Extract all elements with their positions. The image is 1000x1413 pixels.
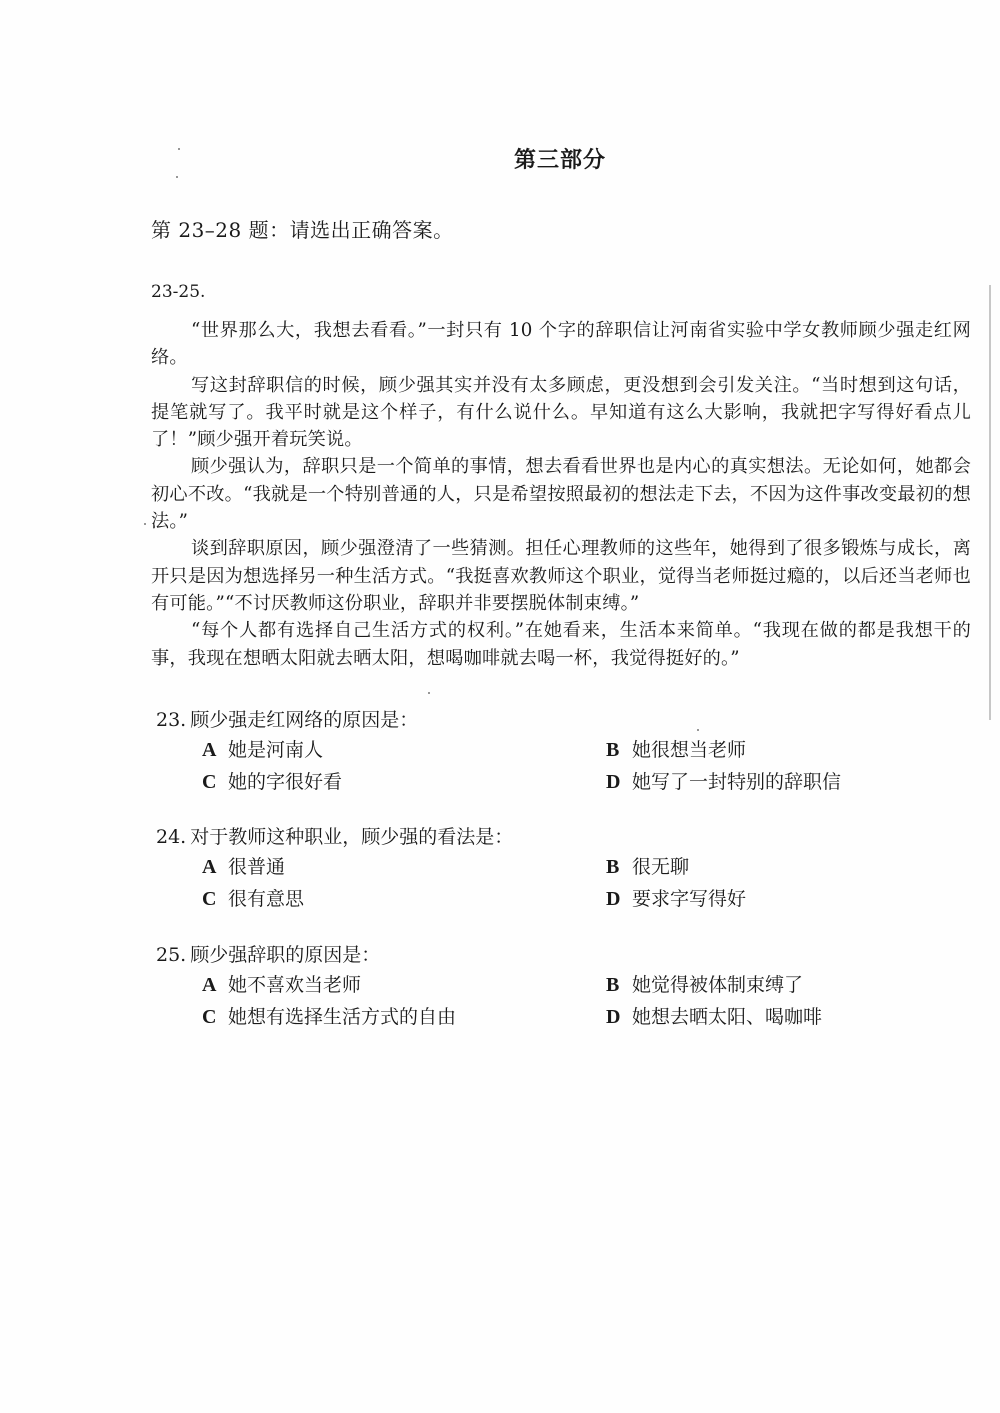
option-d[interactable]: D她想去晒太阳、喝咖啡 [606,1002,966,1032]
option-letter: C [202,767,228,797]
passage-label: 23-25. [151,282,205,302]
option-b[interactable]: B她很想当老师 [606,735,966,765]
question-text: 顾少强辞职的原因是： [190,944,380,966]
option-text: 她很想当老师 [632,739,746,761]
question-24: 24.对于教师这种职业，顾少强的看法是： A很普通 B很无聊 C很有意思 D要求… [156,822,916,914]
question-text: 顾少强走红网络的原因是： [190,709,418,731]
option-text: 很普通 [228,856,285,878]
option-text: 很有意思 [228,888,304,910]
question-stem: 25.顾少强辞职的原因是： [156,940,916,970]
answer-options: A很普通 B很无聊 C很有意思 D要求字写得好 [202,852,916,914]
option-letter: D [606,1002,632,1032]
option-text: 她觉得被体制束缚了 [632,974,803,996]
option-text: 她不喜欢当老师 [228,974,361,996]
option-a[interactable]: A很普通 [202,852,606,882]
option-letter: B [606,852,632,882]
scan-speck [176,176,178,178]
option-text: 很无聊 [632,856,689,878]
instruction-text: 第 23–28 题：请选出正确答案。 [151,214,454,243]
option-text: 她想去晒太阳、喝咖啡 [632,1006,822,1028]
option-letter: A [202,852,228,882]
question-23: 23.顾少强走红网络的原因是： A她是河南人 B她很想当老师 C她的字很好看 D… [156,705,916,797]
option-b[interactable]: B她觉得被体制束缚了 [606,970,966,1000]
scan-edge-line [989,285,991,720]
option-letter: D [606,767,632,797]
question-number: 25. [156,944,186,966]
option-c[interactable]: C她的字很好看 [202,767,606,797]
option-letter: A [202,970,228,1000]
option-d[interactable]: D她写了一封特别的辞职信 [606,767,966,797]
exam-page: 第三部分 第 23–28 题：请选出正确答案。 23-25. “世界那么大，我想… [0,0,1000,1413]
reading-passage: “世界那么大，我想去看看。”一封只有 10 个字的辞职信让河南省实验中学女教师顾… [151,317,971,672]
scan-speck [428,692,430,694]
option-letter: B [606,970,632,1000]
answer-options: A她是河南人 B她很想当老师 C她的字很好看 D她写了一封特别的辞职信 [202,735,916,797]
question-number: 24. [156,826,186,848]
option-letter: B [606,735,632,765]
question-25: 25.顾少强辞职的原因是： A她不喜欢当老师 B她觉得被体制束缚了 C她想有选择… [156,940,916,1032]
passage-paragraph: 谈到辞职原因，顾少强澄清了一些猜测。担任心理教师的这些年，她得到了很多锻炼与成长… [151,535,971,617]
section-title: 第三部分 [0,143,1000,174]
option-c[interactable]: C她想有选择生活方式的自由 [202,1002,606,1032]
option-text: 她的字很好看 [228,771,342,793]
option-a[interactable]: A她是河南人 [202,735,606,765]
passage-paragraph: “世界那么大，我想去看看。”一封只有 10 个字的辞职信让河南省实验中学女教师顾… [151,317,971,372]
passage-paragraph: 写这封辞职信的时候，顾少强其实并没有太多顾虑，更没想到会引发关注。“当时想到这句… [151,372,971,454]
option-b[interactable]: B很无聊 [606,852,966,882]
passage-paragraph: “每个人都有选择自己生活方式的权利。”在她看来，生活本来简单。“我现在做的都是我… [151,617,971,672]
option-text: 她想有选择生活方式的自由 [228,1006,456,1028]
option-d[interactable]: D要求字写得好 [606,884,966,914]
option-letter: D [606,884,632,914]
passage-paragraph: 顾少强认为，辞职只是一个简单的事情，想去看看世界也是内心的真实想法。无论如何，她… [151,453,971,535]
option-text: 她写了一封特别的辞职信 [632,771,841,793]
option-letter: A [202,735,228,765]
question-text: 对于教师这种职业，顾少强的看法是： [190,826,513,848]
question-stem: 24.对于教师这种职业，顾少强的看法是： [156,822,916,852]
option-letter: C [202,884,228,914]
option-c[interactable]: C很有意思 [202,884,606,914]
scan-speck [144,523,146,525]
answer-options: A她不喜欢当老师 B她觉得被体制束缚了 C她想有选择生活方式的自由 D她想去晒太… [202,970,916,1032]
option-letter: C [202,1002,228,1032]
option-a[interactable]: A她不喜欢当老师 [202,970,606,1000]
option-text: 她是河南人 [228,739,323,761]
option-text: 要求字写得好 [632,888,746,910]
question-stem: 23.顾少强走红网络的原因是： [156,705,916,735]
question-number: 23. [156,709,186,731]
